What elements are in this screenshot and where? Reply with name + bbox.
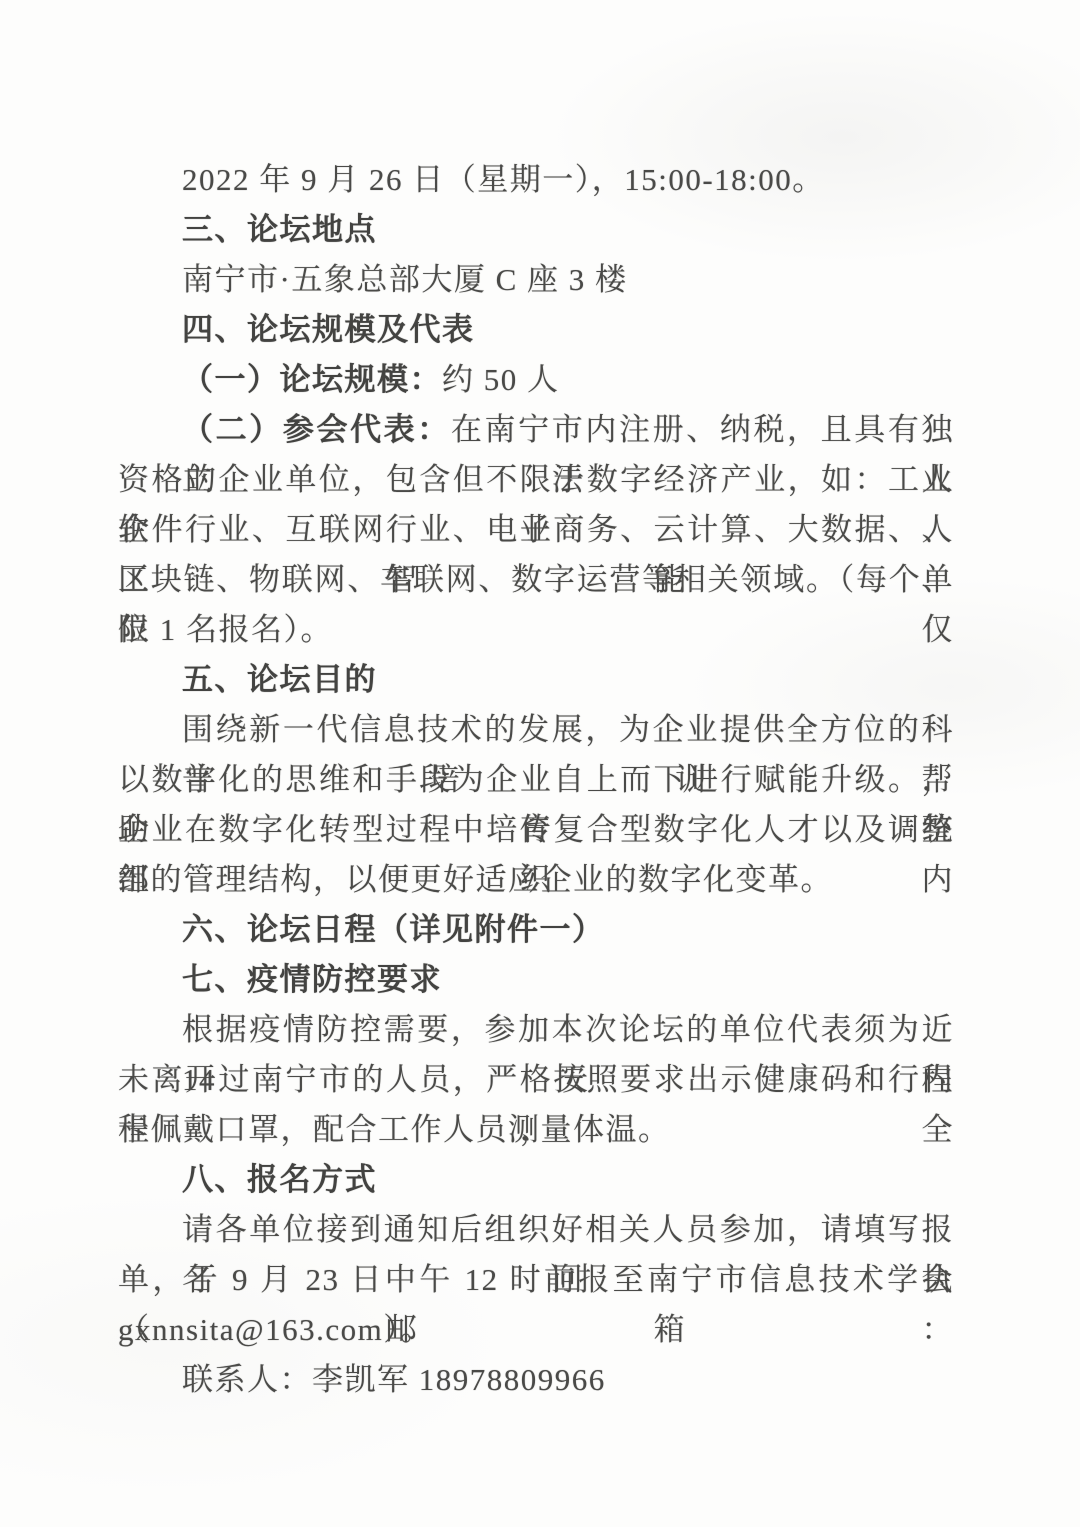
document-line: 南宁市·五象总部大厦 C 座 3 楼 <box>118 255 954 305</box>
document-line: 联系人：李凯军 18978809966 <box>118 1355 954 1405</box>
document-line: 部的管理结构，以便更好适应企业的数字化变革。 <box>118 855 954 905</box>
document-line: 四、论坛规模及代表 <box>118 305 954 355</box>
section-heading-text: 四、论坛规模及代表 <box>182 312 475 347</box>
document-line: （一）论坛规模：约 50 人 <box>118 355 954 405</box>
document-body: 2022 年 9 月 26 日（星期一），15:00-18:00。三、论坛地点南… <box>118 155 954 1405</box>
body-text: 限 1 名报名）。 <box>118 612 333 647</box>
section-heading-text: 五、论坛目的 <box>182 662 377 697</box>
section-heading-text: （一）论坛规模： <box>182 362 442 397</box>
body-text: 2022 年 9 月 26 日（星期一），15:00-18:00。 <box>182 162 825 197</box>
document-line: 三、论坛地点 <box>118 205 954 255</box>
body-text: 南宁市·五象总部大厦 C 座 3 楼 <box>182 262 628 297</box>
document-page: 2022 年 9 月 26 日（星期一），15:00-18:00。三、论坛地点南… <box>0 0 1080 1527</box>
document-line: 八、报名方式 <box>118 1155 954 1205</box>
document-line: 五、论坛目的 <box>118 655 954 705</box>
document-line: 软件行业、互联网行业、电子商务、云计算、大数据、人工智能、 <box>118 505 954 555</box>
document-line: 请各单位接到通知后组织好相关人员参加，请填写报名回执 <box>118 1205 954 1255</box>
section-heading-text: 六、论坛日程（详见附件一） <box>182 912 605 947</box>
document-line: 企业在数字化转型过程中培育复合型数字化人才以及调整组织内 <box>118 805 954 855</box>
document-line: 六、论坛日程（详见附件一） <box>118 905 954 955</box>
document-line: 围绕新一代信息技术的发展，为企业提供全方位的科普培训， <box>118 705 954 755</box>
section-heading-text: （二）参会代表： <box>182 412 451 447</box>
section-heading-text: 三、论坛地点 <box>182 212 377 247</box>
document-line: 根据疫情防控需要，参加本次论坛的单位代表须为近 14 天内 <box>118 1005 954 1055</box>
body-text: 部的管理结构，以便更好适应企业的数字化变革。 <box>118 862 833 897</box>
document-line: 区块链、物联网、车联网、数字运营等相关领域。（每个单位仅 <box>118 555 954 605</box>
document-line: （二）参会代表：在南宁市内注册、纳税，且具有独立法人 <box>118 405 954 455</box>
section-heading-text: 七、疫情防控要求 <box>182 962 442 997</box>
document-line: 资格的企业单位，包含但不限于数字经济产业，如：工业企业、 <box>118 455 954 505</box>
document-line: 单，于 9 月 23 日中午 12 时前报至南宁市信息技术学会（邮箱： <box>118 1255 954 1305</box>
body-text: gxnnsita@163.com）。 <box>118 1312 433 1347</box>
body-text: 约 50 人 <box>442 362 560 397</box>
document-line: 2022 年 9 月 26 日（星期一），15:00-18:00。 <box>118 155 954 205</box>
document-line: 未离开过南宁市的人员，严格按照要求出示健康码和行程卡，全 <box>118 1055 954 1105</box>
document-line: 七、疫情防控要求 <box>118 955 954 1005</box>
body-text: 联系人：李凯军 18978809966 <box>182 1362 606 1397</box>
section-heading-text: 八、报名方式 <box>182 1162 377 1197</box>
document-line: 以数字化的思维和手段为企业自上而下进行赋能升级。帮助传统 <box>118 755 954 805</box>
body-text: 程佩戴口罩，配合工作人员测量体温。 <box>118 1112 671 1147</box>
